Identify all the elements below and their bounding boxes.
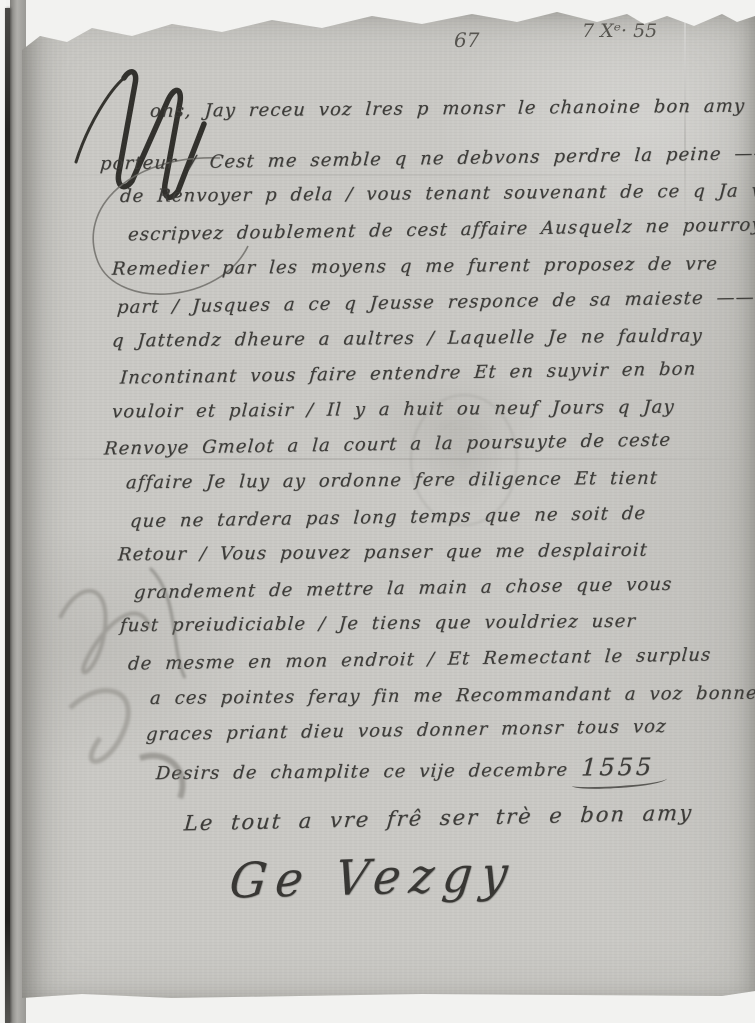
letter-line: q Jattendz dheure a aultres / Laquelle J… [111, 325, 703, 351]
letter-line: vouloir et plaisir / Il y a huit ou neuf… [111, 397, 675, 423]
letter-page: 67 7 Xᵉ· 55 ons, Jay receu voz lres p mo… [22, 6, 755, 1006]
manuscript-scan: 67 7 Xᵉ· 55 ons, Jay receu voz lres p mo… [0, 0, 755, 1023]
letter-line: graces priant dieu vous donner monsr tou… [145, 716, 667, 745]
letter-line: Remedier par les moyens q me furent prop… [111, 253, 718, 279]
letter-line: Incontinant vous faire entendre Et en su… [119, 358, 697, 388]
letter-line: ons, Jay receu voz lres p monsr le chano… [149, 95, 755, 122]
signature: Ge Vezgy [227, 845, 520, 909]
seal-bleedthrough [410, 394, 518, 526]
closing-formula: Le tout a vre frê ser trè e bon amy [183, 801, 694, 836]
dateline-year: 1555 [580, 753, 655, 782]
letter-line: Desirs de champlite ce vije decembre 155… [155, 753, 655, 785]
letter-line: grandement de mettre la main a chose que… [133, 574, 673, 603]
ink-bleedthrough-marks [30, 558, 200, 818]
date-shorthand-annotation: 7 Xᵉ· 55 [582, 20, 657, 42]
binding-shadow [5, 8, 10, 1023]
letter-line: que ne tardera pas long temps que ne soi… [129, 503, 647, 532]
dateline-text: Desirs de champlite ce vije decembre [155, 760, 569, 785]
letter-line: Renvoye Gmelot a la court a la poursuyte… [103, 430, 672, 460]
folio-number: 67 [454, 28, 479, 52]
letter-line: a ces pointes feray fin me Recommandant … [149, 682, 755, 709]
letter-line: affaire Je luy ay ordonne fere diligence… [125, 468, 658, 494]
letter-line: de mesme en mon endroit / Et Remectant l… [127, 644, 712, 674]
